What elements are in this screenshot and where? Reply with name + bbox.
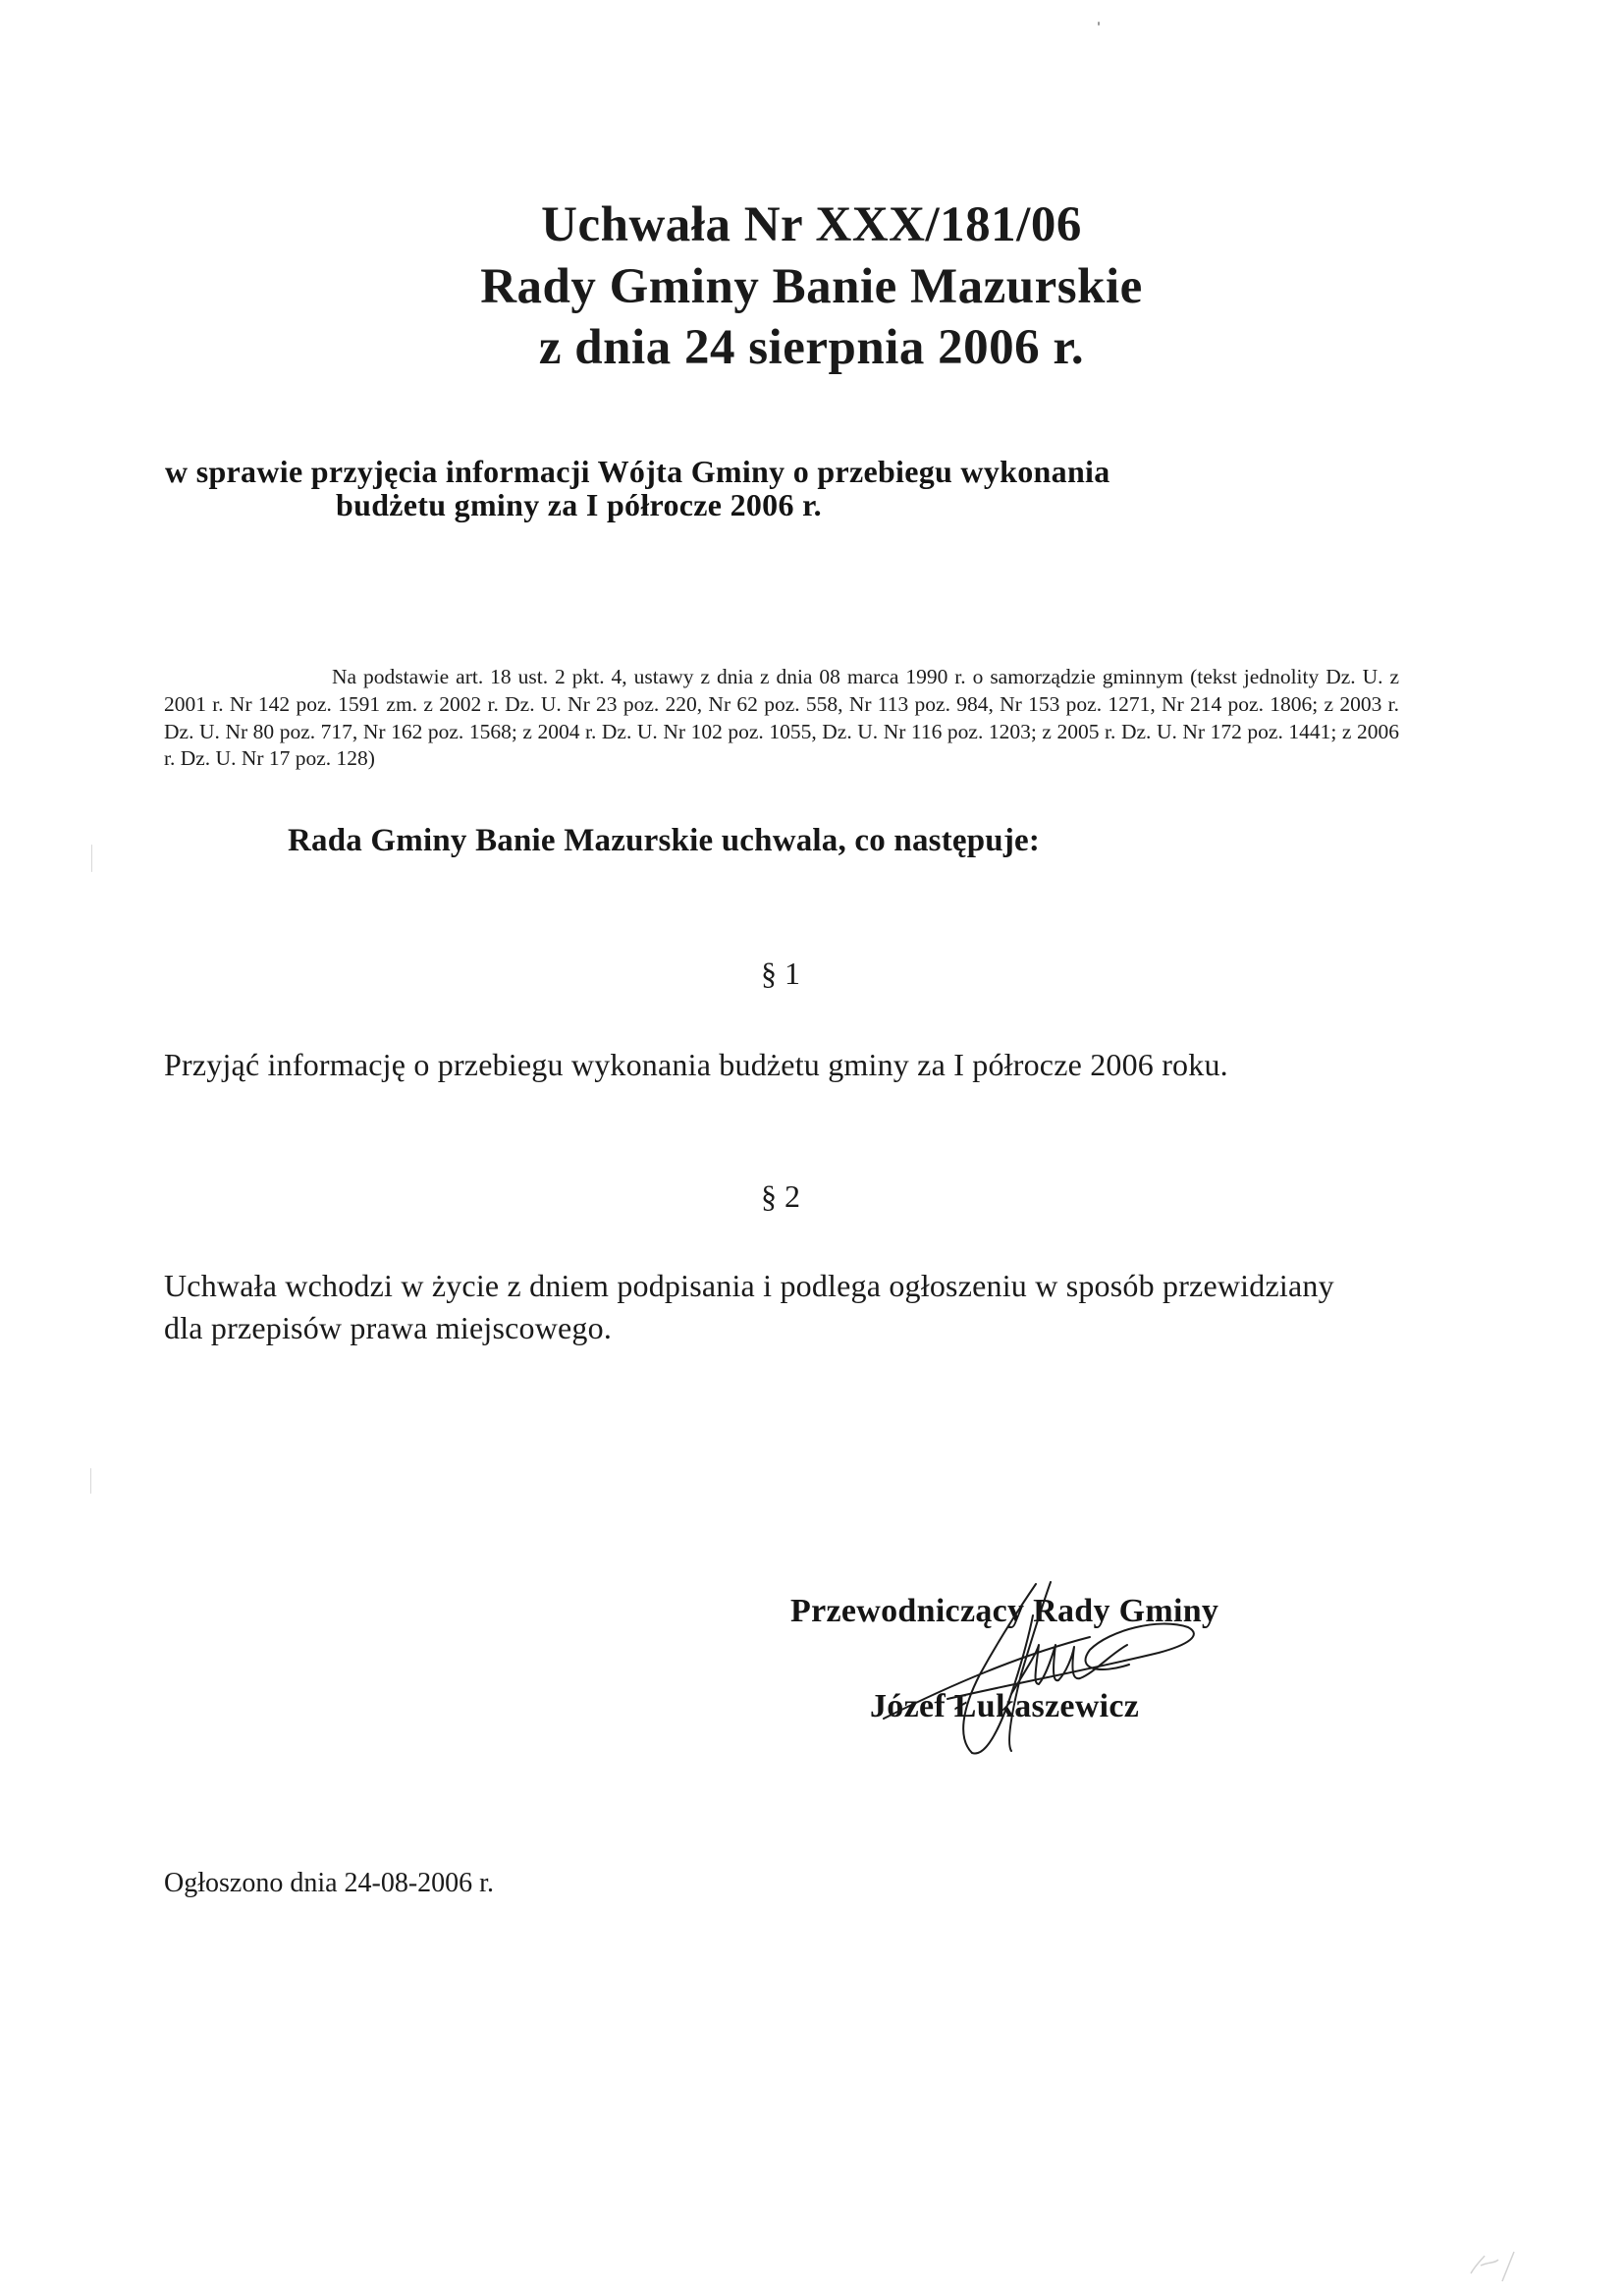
title-date: z dnia 24 sierpnia 2006 r.	[0, 317, 1623, 379]
legal-basis: Na podstawie art. 18 ust. 2 pkt. 4, usta…	[164, 664, 1399, 773]
legal-basis-text: Na podstawie art. 18 ust. 2 pkt. 4, usta…	[164, 665, 1399, 770]
signature-icon	[864, 1576, 1217, 1763]
section-1-text: Przyjąć informację o przebiegu wykonania…	[164, 1044, 1403, 1086]
scan-speck	[1098, 22, 1100, 26]
subject-line-1: w sprawie przyjęcia informacji Wójta Gmi…	[165, 454, 1110, 490]
enacting-clause: Rada Gminy Banie Mazurskie uchwala, co n…	[288, 823, 1040, 859]
publication-date: Ogłoszono dnia 24-08-2006 r.	[164, 1868, 494, 1899]
scan-speck	[90, 1468, 91, 1494]
title-resolution-number: Uchwała Nr XXX/181/06	[0, 194, 1623, 256]
title-council-name: Rady Gminy Banie Mazurskie	[0, 256, 1623, 318]
scan-speck	[91, 845, 92, 872]
resolution-page: Uchwała Nr XXX/181/06 Rady Gminy Banie M…	[0, 0, 1623, 2296]
section-1-mark: § 1	[761, 956, 800, 992]
section-2-mark: § 2	[761, 1178, 800, 1215]
pencil-mark-icon	[1463, 2244, 1542, 2288]
subject-line-2: budżetu gminy za I półrocze 2006 r.	[336, 487, 822, 523]
section-2-text: Uchwała wchodzi w życie z dniem podpisan…	[164, 1265, 1372, 1349]
